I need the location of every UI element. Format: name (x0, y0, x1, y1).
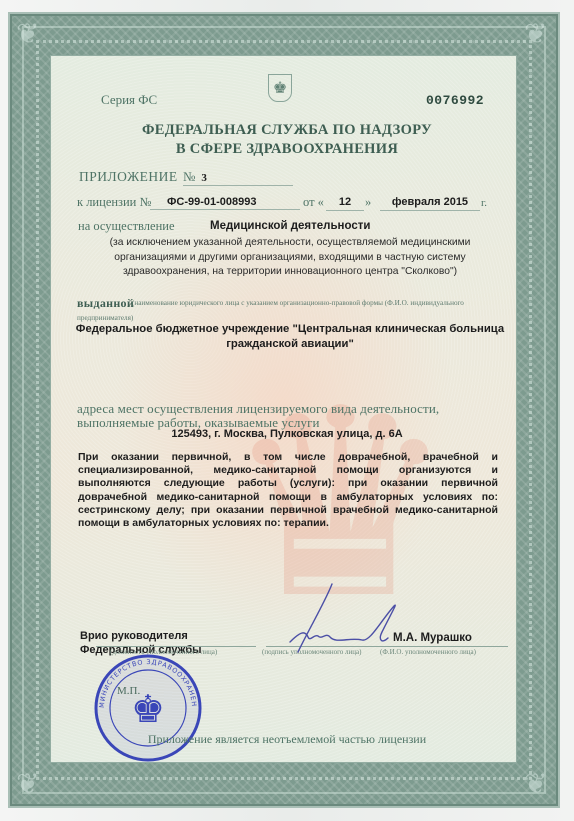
seal-place-mark: М.П. (117, 685, 140, 697)
year-suffix: г. (481, 197, 487, 209)
issued-to-label: выданной (77, 296, 134, 311)
activity-value: Медицинской деятельности (210, 220, 370, 232)
date-open-quote: от « (303, 195, 324, 209)
works-description: При оказании первичной, в том числе довр… (78, 451, 498, 530)
corner-ornament-icon: ❦ (524, 20, 547, 48)
address-label: адреса мест осуществления лицензируемого… (77, 402, 507, 430)
activity-note: (за исключением указанной деятельности, … (76, 236, 504, 280)
official-seal-stamp-icon: ♚ МИНИСТЕРСТВО ЗДРАВООХРАНЕНИЯ РОССИЙСКО… (90, 652, 206, 764)
corner-ornament-icon: ❦ (16, 20, 39, 48)
license-month-year: февраля 2015 (380, 196, 480, 211)
license-number: ФС-99-01-008993 (150, 196, 300, 210)
license-label: к лицензии № (77, 195, 151, 210)
license-date-prefix: от « (303, 195, 324, 210)
date-close-quote: » (365, 195, 371, 210)
corner-ornament-icon: ❦ (524, 770, 547, 798)
corner-ornament-icon: ❦ (16, 770, 39, 798)
appendix-number: 3 (201, 172, 207, 184)
organization-name: Федеральное бюджетное учреждение "Центра… (60, 322, 520, 352)
coat-of-arms-icon: ♚ (268, 74, 292, 102)
appendix-label: ПРИЛОЖЕНИЕ (79, 169, 178, 185)
issued-to-caption: (наименование юридического лица с указан… (132, 299, 464, 307)
handwritten-signature-icon (270, 582, 410, 662)
series-label: Серия ФС (101, 92, 157, 108)
footer-note: Приложение является неотъемлемой частью … (0, 732, 574, 747)
agency-title-line1: ФЕДЕРАЛЬНАЯ СЛУЖБА ПО НАДЗОРУ (0, 122, 574, 139)
agency-title-line2: В СФЕРЕ ЗДРАВООХРАНЕНИЯ (0, 141, 574, 158)
activity-label: на осуществление (78, 219, 175, 234)
issued-to-caption-cont: предпринимателя) (77, 314, 133, 322)
blank-number: 0076992 (426, 93, 484, 108)
license-day: 12 (326, 196, 364, 211)
address-value: 125493, г. Москва, Пулковская улица, д. … (0, 428, 574, 440)
appendix-number-field: №3 (183, 169, 293, 186)
number-sign: № (183, 169, 195, 184)
role-line1: Врио руководителя (80, 629, 202, 643)
role-underline (96, 646, 256, 647)
